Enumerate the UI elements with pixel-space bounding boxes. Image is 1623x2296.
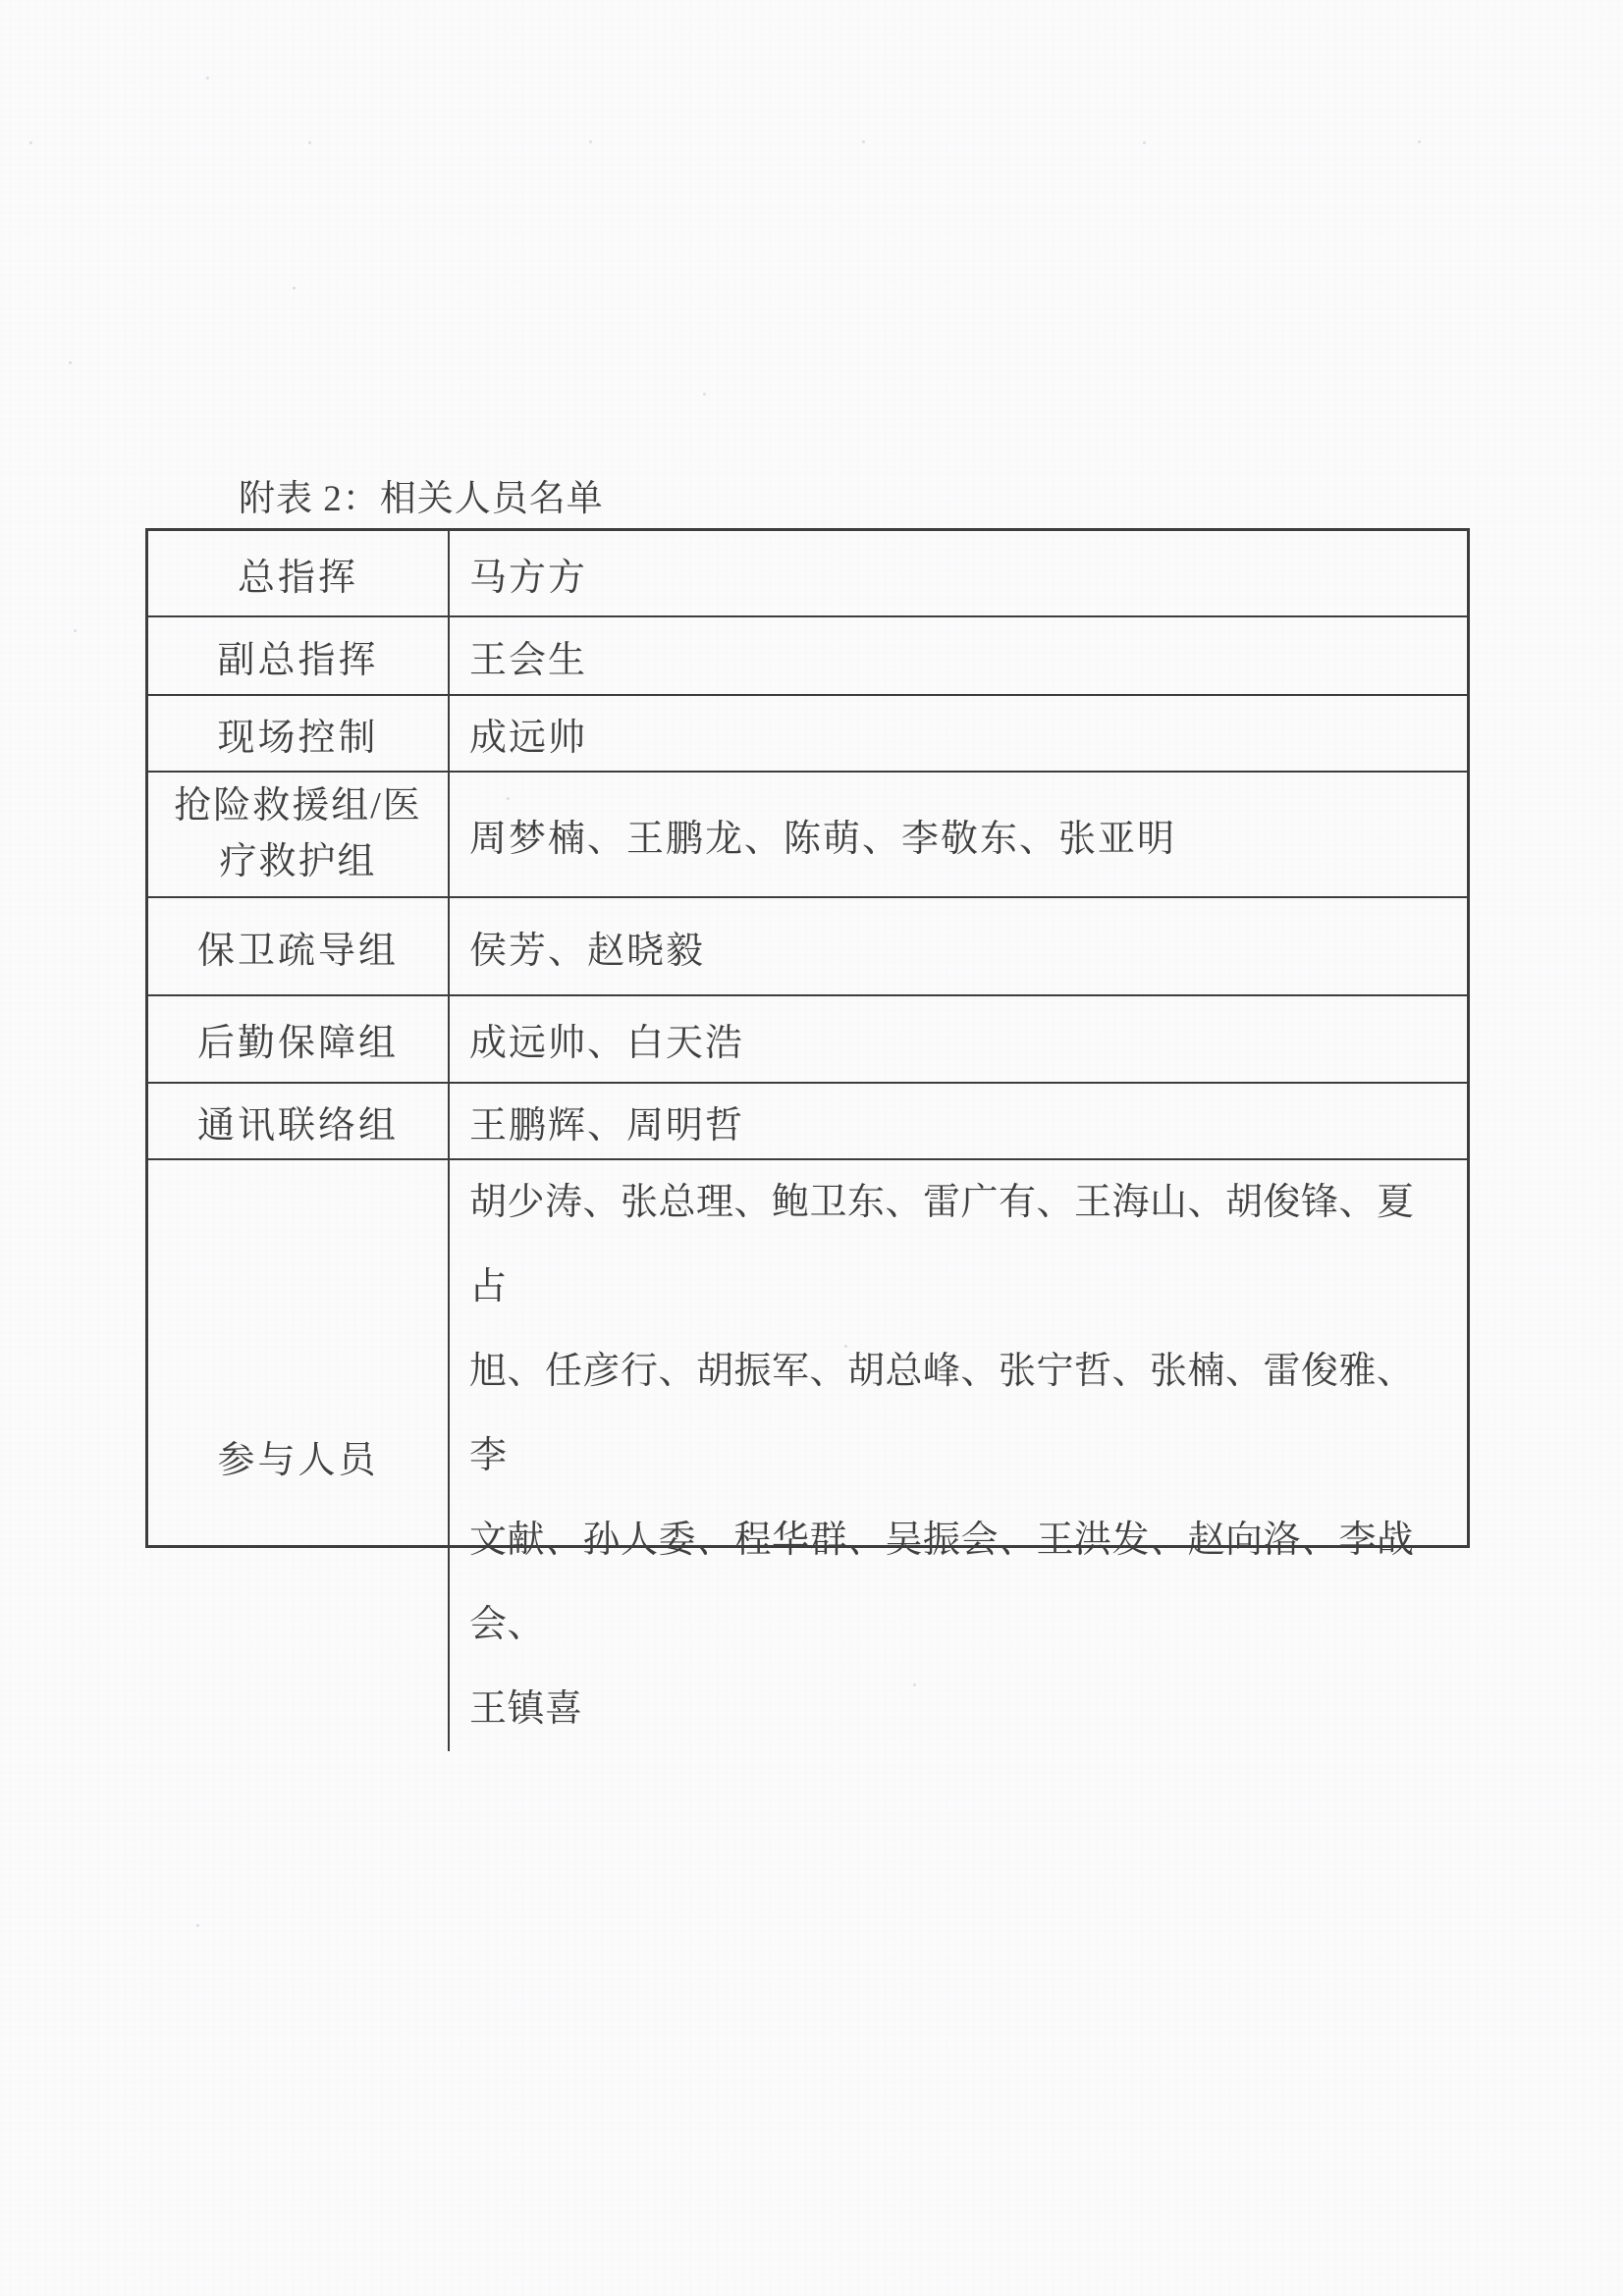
row-value: 侯芳、赵晓毅: [450, 898, 1467, 996]
scan-speckle: [844, 1345, 847, 1348]
scan-speckle: [206, 77, 209, 80]
scan-speckle: [703, 393, 706, 396]
document-page: 附表 2：相关人员名单 总指挥 马方方 副总指挥 王会生 现场控制 成远帅 抢险…: [0, 0, 1623, 2296]
row-label: 保卫疏导组: [148, 898, 450, 996]
scan-speckle: [74, 629, 77, 632]
scan-speckle: [308, 141, 311, 144]
row-value: 成远帅、白天浩: [450, 996, 1467, 1084]
scan-speckle: [1418, 140, 1421, 143]
row-value: 马方方: [450, 531, 1467, 617]
row-value: 成远帅: [450, 696, 1467, 773]
row-value: 王鹏辉、周明哲: [450, 1084, 1467, 1160]
scan-speckle: [29, 141, 32, 144]
scan-speckle: [862, 140, 865, 143]
scan-speckle: [196, 1924, 199, 1927]
scan-speckle: [288, 561, 291, 564]
scan-speckle: [589, 140, 592, 143]
row-value: 王会生: [450, 617, 1467, 696]
row-label: 现场控制: [148, 696, 450, 773]
row-value: 周梦楠、王鹏龙、陈萌、李敬东、张亚明: [450, 773, 1467, 898]
row-label: 参与人员: [148, 1160, 450, 1751]
scan-speckle: [293, 287, 296, 290]
page-title: 附表 2：相关人员名单: [239, 468, 604, 521]
personnel-table: 总指挥 马方方 副总指挥 王会生 现场控制 成远帅 抢险救援组/医 疗救护组 周…: [145, 528, 1470, 1548]
row-label: 通讯联络组: [148, 1084, 450, 1160]
row-value: 胡少涛、张总理、鲍卫东、雷广有、王海山、胡俊锋、夏占 旭、任彦行、胡振军、胡总峰…: [450, 1160, 1467, 1751]
scan-speckle: [69, 361, 72, 364]
scan-speckle: [913, 1683, 916, 1686]
row-label: 总指挥: [148, 531, 450, 617]
row-label: 抢险救援组/医 疗救护组: [148, 773, 450, 898]
scan-speckle: [507, 797, 510, 800]
scan-speckle: [1143, 141, 1146, 144]
row-label: 后勤保障组: [148, 996, 450, 1084]
row-label: 副总指挥: [148, 617, 450, 696]
